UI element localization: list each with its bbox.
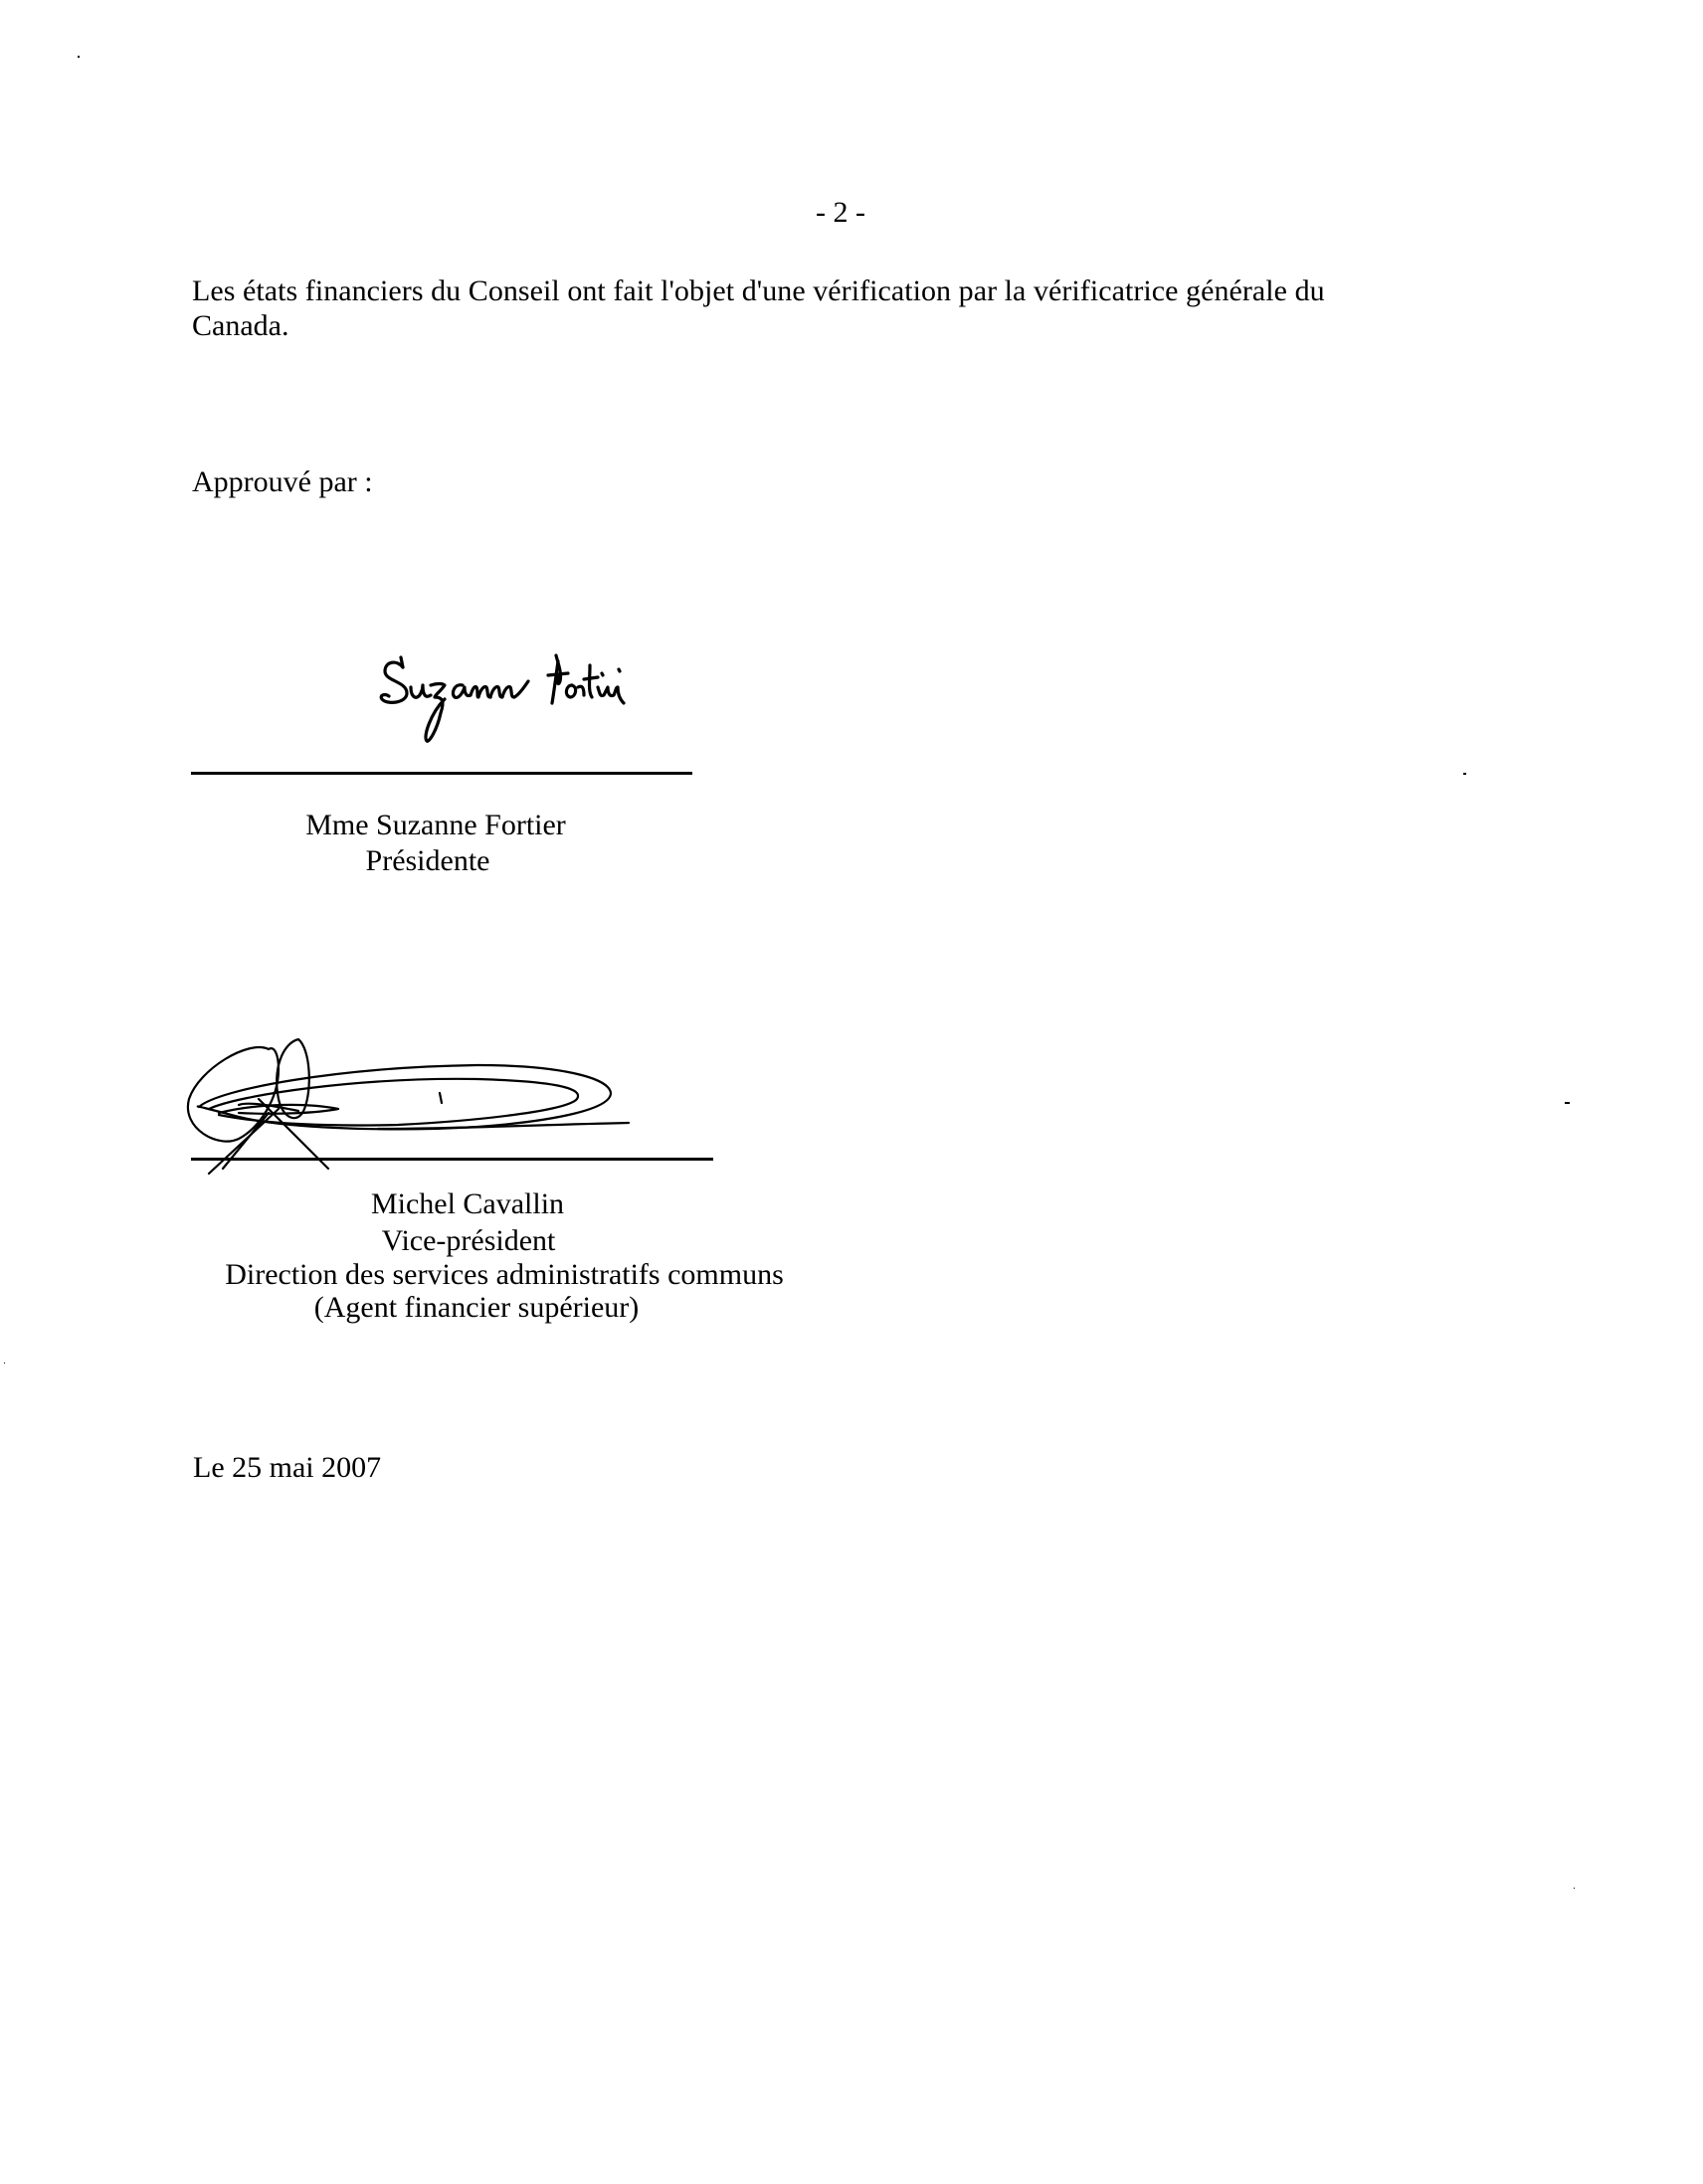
scan-speck [78, 56, 80, 58]
document-page: - 2 - Les états financiers du Conseil on… [0, 0, 1703, 2184]
paragraph-line-1: Les états financiers du Conseil ont fait… [192, 276, 1325, 306]
approved-by-label: Approuvé par : [192, 467, 373, 497]
scan-speck [1565, 1102, 1570, 1104]
signatory-name-cavallin: Michel Cavallin [371, 1189, 564, 1219]
handwritten-signature-cavallin [179, 1029, 637, 1179]
signatory-role-cavallin: (Agent financier supérieur) [314, 1293, 640, 1323]
handwritten-signature-fortier [373, 651, 632, 761]
scan-speck [1574, 1888, 1575, 1889]
signatory-name-fortier: Mme Suzanne Fortier [305, 811, 566, 840]
page-number: - 2 - [816, 198, 865, 228]
scan-speck [1463, 773, 1466, 775]
signature-line-president [191, 772, 692, 775]
signature-line-vice-president [191, 1158, 713, 1161]
signatory-department-cavallin: Direction des services administratifs co… [225, 1260, 784, 1290]
scan-speck [4, 1363, 5, 1364]
paragraph-line-2: Canada. [192, 311, 288, 341]
signatory-title-cavallin: Vice-président [382, 1226, 556, 1256]
document-date: Le 25 mai 2007 [193, 1453, 381, 1483]
signatory-title-fortier: Présidente [366, 846, 490, 876]
